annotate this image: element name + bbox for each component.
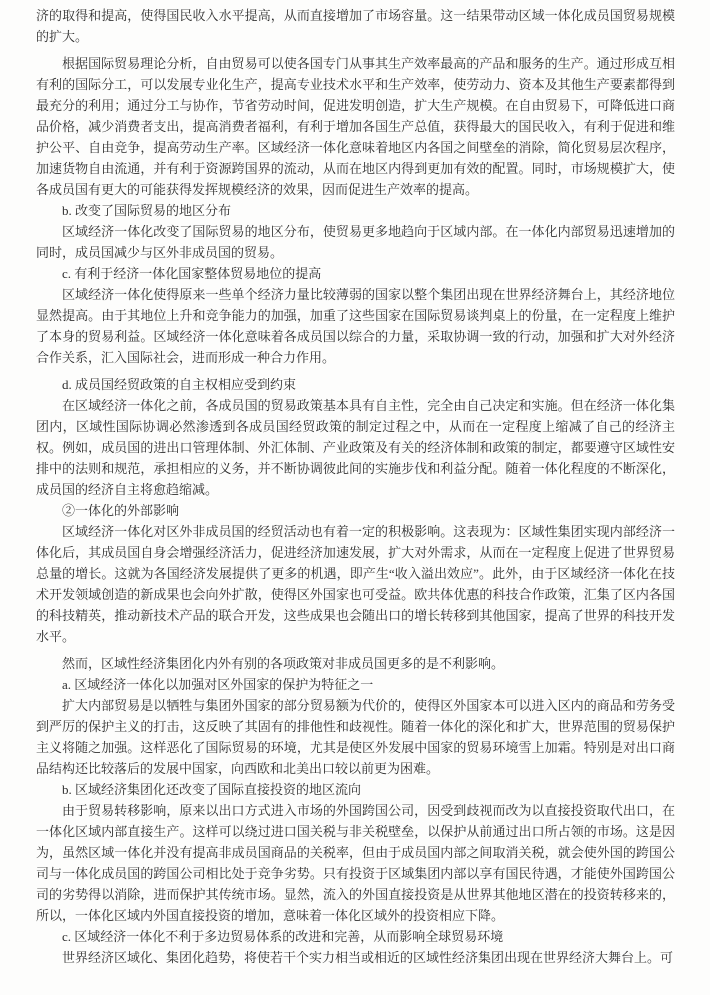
- para-trade-status: 区域经济一体化使得原来一些单个经济力量比较薄弱的国家以整个集团出现在世界经济舞台…: [36, 284, 675, 368]
- document-content: 济的取得和提高，使得国民收入水平提高，从而直接增加了市场容量。这一结果带动区域一…: [36, 5, 675, 968]
- para-multilateral: 世界经济区域化、集团化趋势，将使若干个实力相当或相近的区域性经济集团出现在世界经…: [36, 947, 675, 968]
- para-protection: 扩大内部贸易是以牺牲与集团外国家的部分贸易额为代价的，使得区外国家本可以进入区内…: [36, 695, 675, 779]
- para-free-trade-theory: 根据国际贸易理论分析，自由贸易可以使各国专门从事其生产效率最高的产品和服务的生产…: [36, 53, 675, 200]
- para-policy-autonomy: 在区域经济一体化之前，各成员国的贸易政策基本具有自主性，完全由自己决定和实施。但…: [36, 395, 675, 500]
- para-trade-distribution: 区域经济一体化改变了国际贸易的地区分布，使贸易更多地趋向于区域内部。在一体化内部…: [36, 221, 675, 263]
- para-however: 然而，区域性经济集团化内外有别的各项政策对非成员国更多的是不利影响。: [36, 653, 675, 674]
- para-market-capacity: 济的取得和提高，使得国民收入水平提高，从而直接增加了市场容量。这一结果带动区域一…: [36, 5, 675, 47]
- para-fdi-flow: 由于贸易转移影响，原来以出口方式进入市场的外国跨国公司，因受到歧视而改为以直接投…: [36, 800, 675, 926]
- heading-b-fdi-flow: b. 区域经济集团化还改变了国际直接投资的地区流向: [36, 779, 675, 800]
- heading-a-protection: a. 区域经济一体化以加强对区外国家的保护为特征之一: [36, 674, 675, 695]
- document-page: 济的取得和提高，使得国民收入水平提高，从而直接增加了市场容量。这一结果带动区域一…: [0, 0, 710, 995]
- heading-b-trade-distribution: b. 改变了国际贸易的地区分布: [36, 200, 675, 221]
- para-external-positive: 区域经济一体化对区外非成员国的经贸活动也有着一定的积极影响。这表现为：区域性集团…: [36, 521, 675, 647]
- heading-d-policy-autonomy: d. 成员国经贸政策的自主权相应受到约束: [36, 374, 675, 395]
- heading-c-trade-status: c. 有利于经济一体化国家整体贸易地位的提高: [36, 263, 675, 284]
- heading-c-multilateral: c. 区域经济一体化不利于多边贸易体系的改进和完善，从而影响全球贸易环境: [36, 926, 675, 947]
- heading-external-impact: ②一体化的外部影响: [36, 500, 675, 521]
